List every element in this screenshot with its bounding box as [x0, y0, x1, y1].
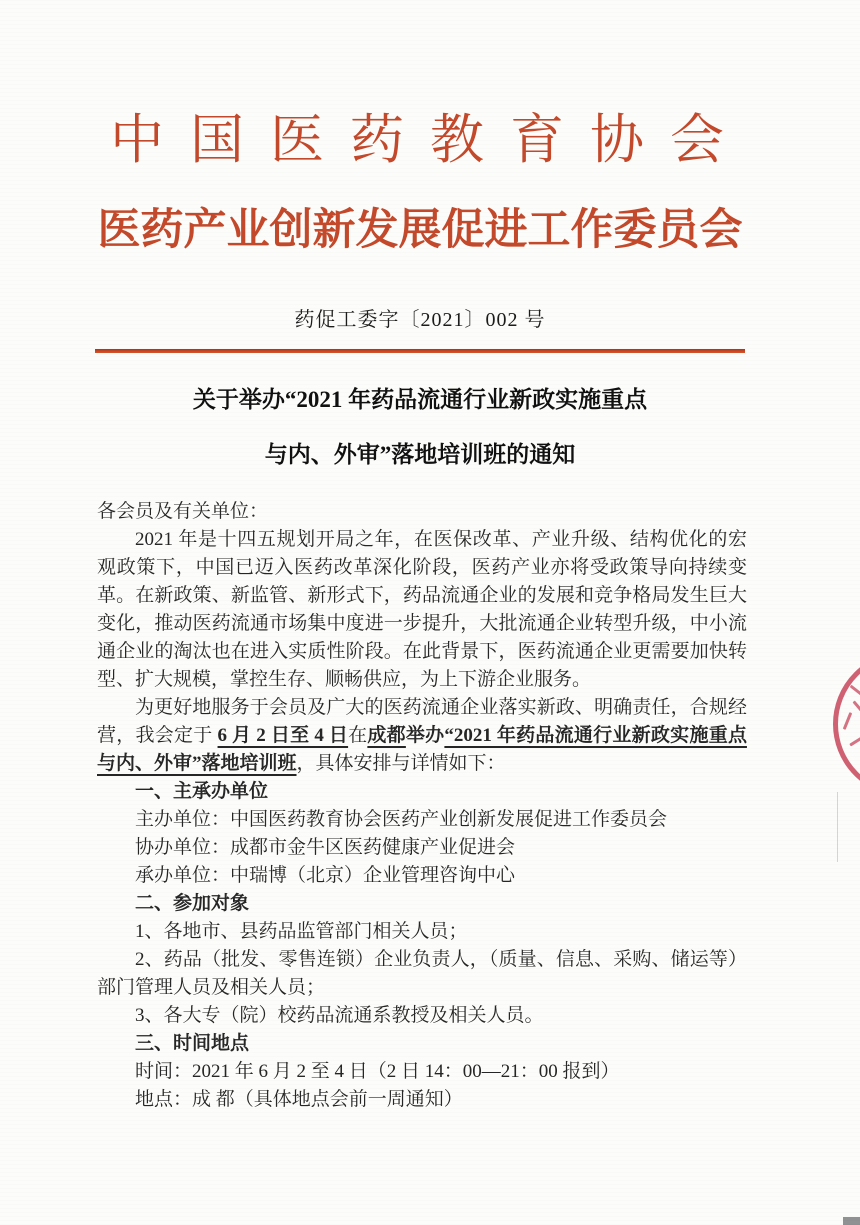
org-title-line2: 医药产业创新发展促进工作委员会 [95, 203, 745, 259]
co-organizer-line: 协办单位：成都市金牛区医药健康产业促进会 [97, 834, 747, 862]
section-3-heading: 三、时间地点 [97, 1030, 747, 1058]
notice-title-line2: 与内、外审”落地培训班的通知 [95, 440, 745, 470]
location-line: 地点：成 都（具体地点会前一周通知） [97, 1086, 747, 1114]
organizer-line: 主办单位：中国医药教育协会医药产业创新发展促进工作委员会 [97, 806, 747, 834]
doc-number: 药促工委字〔2021〕002 号 [95, 306, 745, 334]
salutation: 各会员及有关单位： [97, 498, 747, 526]
org-title-line1: 中国医药教育协会 [92, 110, 768, 170]
time-line: 时间：2021 年 6 月 2 至 4 日（2 日 14：00—21：00 报到… [97, 1058, 747, 1086]
paragraph-2: 为更好地服务于会员及广大的医药流通企业落实新政、明确责任，合规经营，我会定于 6… [97, 694, 747, 778]
participant-item-1: 1、各地市、县药品监管部门相关人员； [97, 918, 747, 946]
red-divider [95, 349, 745, 353]
scan-crease [837, 792, 838, 862]
paragraph-1: 2021 年是十四五规划开局之年，在医保改革、产业升级、结构优化的宏观政策下，中… [97, 526, 747, 694]
notice-body: 各会员及有关单位： 2021 年是十四五规划开局之年，在医保改革、产业升级、结构… [97, 498, 747, 1114]
notice-title-line1: 关于举办“2021 年药品流通行业新政实施重点 [95, 385, 745, 415]
scan-corner-artifact [843, 1217, 860, 1225]
participant-item-3: 3、各大专（院）校药品流通系教授及相关人员。 [97, 1002, 747, 1030]
section-1-heading: 一、主承办单位 [97, 778, 747, 806]
document-page: 中国医药教育协会 医药产业创新发展促进工作委员会 药促工委字〔2021〕002 … [0, 0, 860, 1225]
section-2-heading: 二、参加对象 [97, 890, 747, 918]
undertaker-line: 承办单位：中瑞博（北京）企业管理咨询中心 [97, 862, 747, 890]
participant-item-2: 2、药品（批发、零售连锁）企业负责人，（质量、信息、采购、储运等）部门管理人员及… [97, 946, 747, 1002]
